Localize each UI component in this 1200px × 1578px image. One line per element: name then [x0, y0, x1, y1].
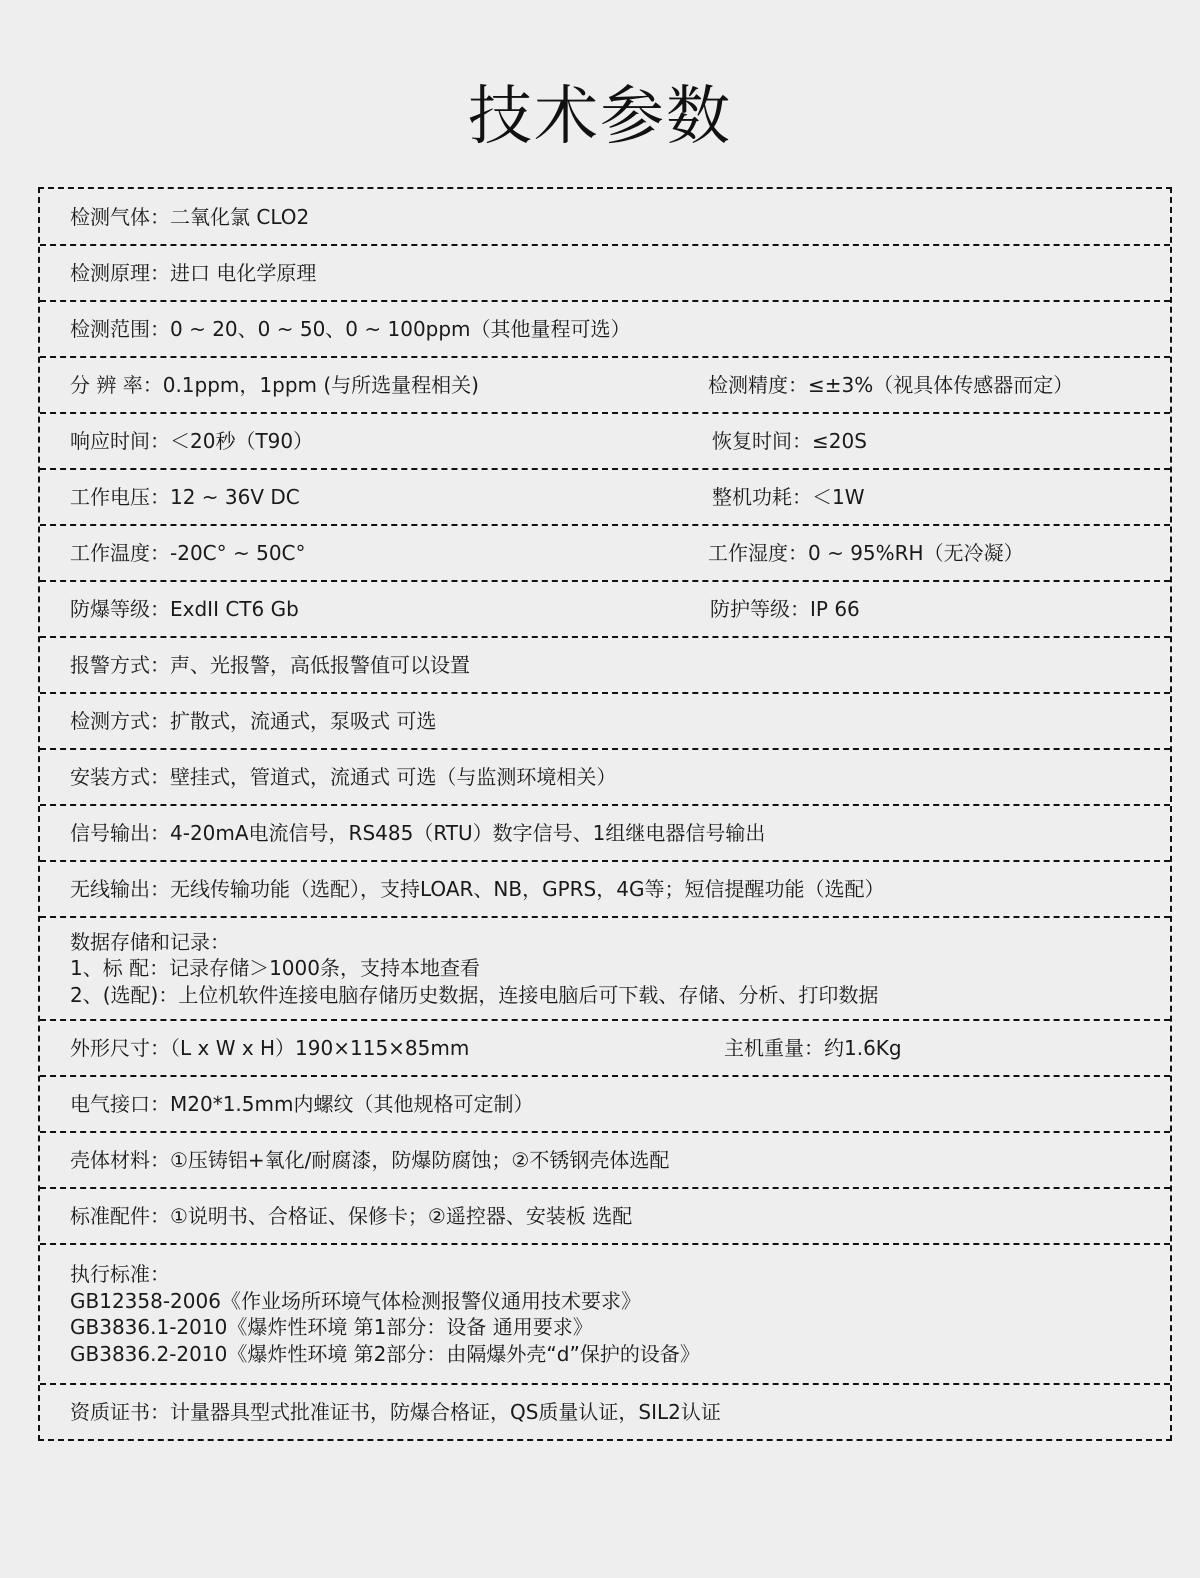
spec-row-detection-mode: 检测方式：扩散式，流通式，泵吸式 可选: [40, 692, 1170, 748]
spec-data-storage-line-1: 1、标 配：记录存储＞1000条，支持本地查看: [70, 955, 480, 982]
spec-accuracy: 检测精度：≤±3%（视具体传感器而定）: [708, 372, 1073, 398]
spec-data-storage-heading: 数据存储和记录：: [70, 929, 230, 956]
spec-row-data-storage: 数据存储和记录： 1、标 配：记录存储＞1000条，支持本地查看 2、(选配)：…: [40, 916, 1170, 1019]
spec-principle: 检测原理：进口 电化学原理: [70, 260, 316, 286]
spec-row-install-mode: 安装方式：壁挂式，管道式，流通式 可选（与监测环境相关）: [40, 748, 1170, 804]
spec-range: 检测范围：0 ~ 20、0 ~ 50、0 ~ 100ppm（其他量程可选）: [70, 316, 631, 342]
spec-protection-grade: 防护等级：IP 66: [710, 596, 860, 622]
spec-housing-material: 壳体材料：①压铸铝+氧化/耐腐漆，防爆防腐蚀；②不锈钢壳体选配: [70, 1147, 669, 1173]
spec-electrical-interface: 电气接口：M20*1.5mm内螺纹（其他规格可定制）: [70, 1091, 533, 1117]
spec-certificates: 资质证书：计量器具型式批准证书，防爆合格证，QS质量认证，SIL2认证: [70, 1399, 721, 1425]
spec-row-resolution-accuracy: 分 辨 率：0.1ppm，1ppm (与所选量程相关) 检测精度：≤±3%（视具…: [40, 356, 1170, 412]
spec-row-response-recovery: 响应时间：＜20秒（T90） 恢复时间：≤20S: [40, 412, 1170, 468]
spec-row-principle: 检测原理：进口 电化学原理: [40, 244, 1170, 300]
spec-power: 整机功耗：＜1W: [712, 484, 865, 510]
spec-gas: 检测气体：二氧化氯 CLO2: [70, 204, 309, 230]
spec-response-time: 响应时间：＜20秒（T90）: [70, 428, 313, 454]
spec-row-housing-material: 壳体材料：①压铸铝+氧化/耐腐漆，防爆防腐蚀；②不锈钢壳体选配: [40, 1131, 1170, 1187]
spec-detection-mode: 检测方式：扩散式，流通式，泵吸式 可选: [70, 708, 436, 734]
spec-row-voltage-power: 工作电压：12 ~ 36V DC 整机功耗：＜1W: [40, 468, 1170, 524]
spec-dimensions: 外形尺寸：（L x W x H）190×115×85mm: [70, 1035, 469, 1061]
spec-standards-heading: 执行标准：: [70, 1261, 170, 1288]
spec-resolution: 分 辨 率：0.1ppm，1ppm (与所选量程相关): [70, 372, 479, 398]
spec-row-explosion-protection: 防爆等级：ExdII CT6 Gb 防护等级：IP 66: [40, 580, 1170, 636]
spec-row-signal-output: 信号输出：4-20mA电流信号，RS485（RTU）数字信号、1组继电器信号输出: [40, 804, 1170, 860]
spec-standards-line-1: GB12358-2006《作业场所环境气体检测报警仪通用技术要求》: [70, 1288, 641, 1315]
spec-row-electrical-interface: 电气接口：M20*1.5mm内螺纹（其他规格可定制）: [40, 1075, 1170, 1131]
spec-weight: 主机重量：约1.6Kg: [724, 1035, 902, 1061]
spec-voltage: 工作电压：12 ~ 36V DC: [70, 484, 300, 510]
spec-row-range: 检测范围：0 ~ 20、0 ~ 50、0 ~ 100ppm（其他量程可选）: [40, 300, 1170, 356]
spec-signal-output: 信号输出：4-20mA电流信号，RS485（RTU）数字信号、1组继电器信号输出: [70, 820, 765, 846]
spec-row-temperature-humidity: 工作温度：-20C° ~ 50C° 工作湿度：0 ~ 95%RH（无冷凝）: [40, 524, 1170, 580]
spec-alarm-mode: 报警方式：声、光报警，高低报警值可以设置: [70, 652, 470, 678]
spec-temperature: 工作温度：-20C° ~ 50C°: [70, 540, 306, 566]
spec-row-wireless-output: 无线输出：无线传输功能（选配），支持LOAR、NB，GPRS，4G等；短信提醒功…: [40, 860, 1170, 916]
spec-row-dimensions-weight: 外形尺寸：（L x W x H）190×115×85mm 主机重量：约1.6Kg: [40, 1019, 1170, 1075]
spec-wireless-output: 无线输出：无线传输功能（选配），支持LOAR、NB，GPRS，4G等；短信提醒功…: [70, 876, 884, 902]
spec-standard-accessories: 标准配件：①说明书、合格证、保修卡；②遥控器、安装板 选配: [70, 1203, 632, 1229]
spec-explosion-grade: 防爆等级：ExdII CT6 Gb: [70, 596, 299, 622]
spec-recovery-time: 恢复时间：≤20S: [712, 428, 867, 454]
spec-table: 检测气体：二氧化氯 CLO2 检测原理：进口 电化学原理 检测范围：0 ~ 20…: [38, 187, 1172, 1441]
spec-row-standards: 执行标准： GB12358-2006《作业场所环境气体检测报警仪通用技术要求》 …: [40, 1243, 1170, 1383]
spec-standards-line-3: GB3836.2-2010《爆炸性环境 第2部分：由隔爆外壳“d”保护的设备》: [70, 1341, 700, 1368]
spec-row-certificates: 资质证书：计量器具型式批准证书，防爆合格证，QS质量认证，SIL2认证: [40, 1383, 1170, 1439]
spec-row-alarm-mode: 报警方式：声、光报警，高低报警值可以设置: [40, 636, 1170, 692]
spec-standards-line-2: GB3836.1-2010《爆炸性环境 第1部分：设备 通用要求》: [70, 1314, 593, 1341]
spec-humidity: 工作湿度：0 ~ 95%RH（无冷凝）: [708, 540, 1024, 566]
page-title: 技术参数: [0, 72, 1200, 162]
spec-row-standard-accessories: 标准配件：①说明书、合格证、保修卡；②遥控器、安装板 选配: [40, 1187, 1170, 1243]
spec-install-mode: 安装方式：壁挂式，管道式，流通式 可选（与监测环境相关）: [70, 764, 616, 790]
spec-data-storage-line-2: 2、(选配)：上位机软件连接电脑存储历史数据，连接电脑后可下载、存储、分析、打印…: [70, 982, 878, 1009]
spec-row-gas: 检测气体：二氧化氯 CLO2: [40, 189, 1170, 244]
